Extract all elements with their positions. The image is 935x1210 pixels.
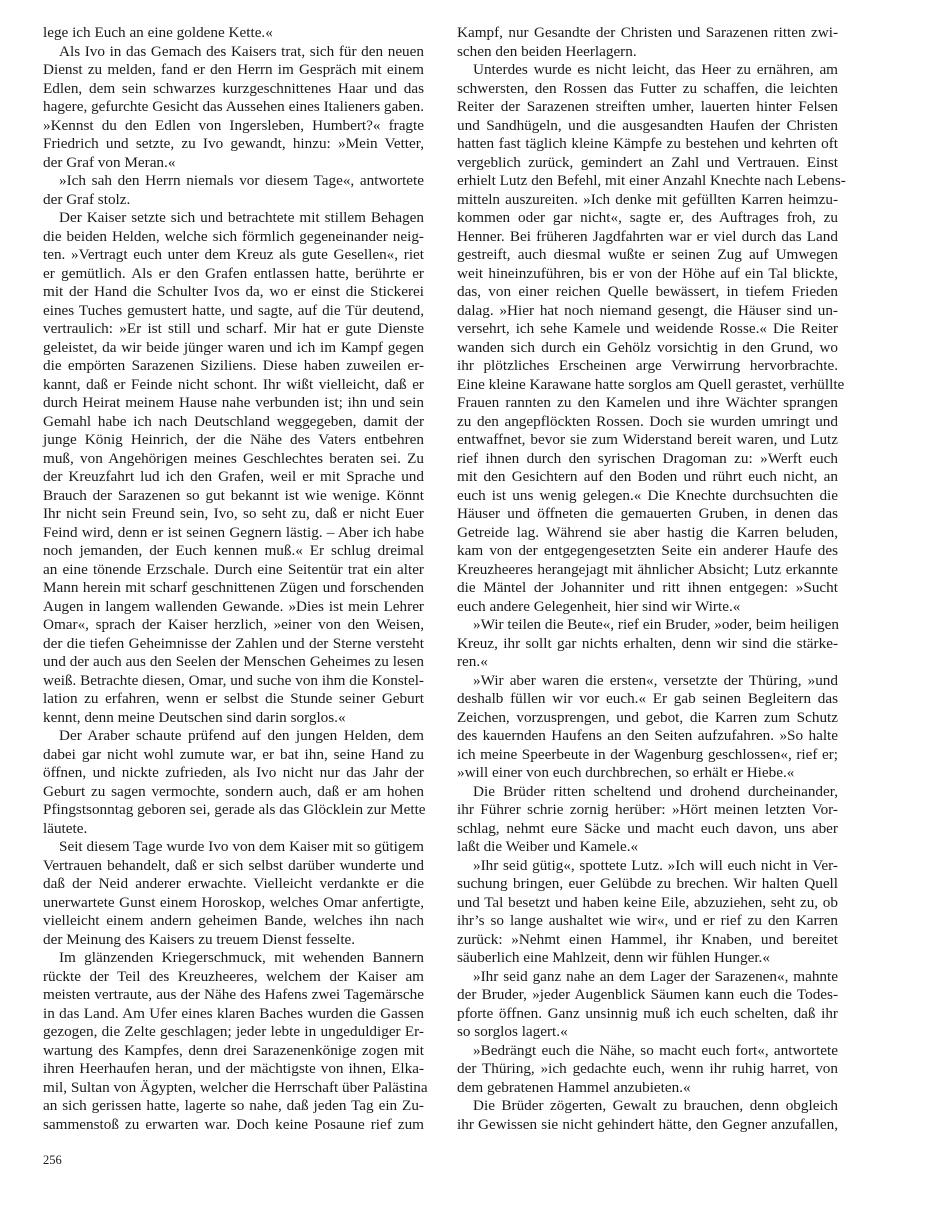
text-line: wartung des Kampfes, denn drei Sarazenen… <box>43 1042 424 1061</box>
text-line: an eine tönende Erzschale. Durch eine Se… <box>43 561 424 580</box>
text-line: des kauernden Haufens an den Seiten aufz… <box>457 727 838 746</box>
text-line: Augen in langem wallenden Gewande. »Dies… <box>43 598 424 617</box>
text-line: an sich gerissen hatte, lagerte so nahe,… <box>43 1097 424 1116</box>
text-line: deshalb füllen wir vor euch.« Er gab sei… <box>457 690 838 709</box>
text-line: der Bruder, »jeder Augenblick Säumen kan… <box>457 986 838 1005</box>
text-line: pforte öffnen. Ganz unsinnig muß ich euc… <box>457 1005 838 1024</box>
text-line: gestreift, auch diesmal wußte er seinen … <box>457 246 838 265</box>
text-line: kennt, denn meine Deutschen sind darin s… <box>43 709 424 728</box>
text-line: Mann herein mit scharf geschnittenen Züg… <box>43 579 424 598</box>
text-line: »will einer von euch durchbrechen, so er… <box>457 764 838 783</box>
text-line: Dienst zu melden, fand er den Herrn im G… <box>43 61 424 80</box>
text-line: Seit diesem Tage wurde Ivo von dem Kaise… <box>43 838 424 857</box>
text-line: vielleicht einem andern geheimen Bande, … <box>43 912 424 931</box>
text-line: Unterdes wurde es nicht leicht, das Heer… <box>457 61 838 80</box>
text-line: weiß. Betrachte diesen, Omar, und suche … <box>43 672 424 691</box>
text-line: läutete. <box>43 820 424 839</box>
text-line: ihr’s so lange aushaltet wie wir«, und e… <box>457 912 838 931</box>
text-line: ihr Gewissen sie nicht gehindert hätte, … <box>457 1116 838 1135</box>
text-line: und Sandhügeln, und die ausgesandten Hau… <box>457 117 838 136</box>
text-line: Friedrich und setzte, zu Ivo gewandt, hi… <box>43 135 424 154</box>
text-line: kannt, daß er Feinde nicht schont. Ihr w… <box>43 376 424 395</box>
text-line: das, von einer reichen Quelle bewässert,… <box>457 283 838 302</box>
text-line: versehrt, ich sehe Kamele und weidende R… <box>457 320 838 339</box>
text-line: Die Brüder ritten scheltend und drohend … <box>457 783 838 802</box>
text-line: sammenstoß zu erwarten war. Doch keine P… <box>43 1116 424 1135</box>
text-line: Henner. Bei früheren Jagdfahrten war er … <box>457 228 838 247</box>
text-line: in das Land. Am Ufer eines klaren Baches… <box>43 1005 424 1024</box>
text-line: der Graf von Meran.« <box>43 154 424 173</box>
text-line: ihren Heerhaufen heran, und der mächtigs… <box>43 1060 424 1079</box>
text-line: »Wir aber waren die ersten«, versetzte d… <box>457 672 838 691</box>
text-line: Gemahl habe ich nach Deutschland weggege… <box>43 413 424 432</box>
text-line: dem gebratenen Hammel anzubieten.« <box>457 1079 838 1098</box>
text-line: euch ist uns wenig gelegen.« Die Knechte… <box>457 487 838 506</box>
text-line: dabei gar nicht wohl zumute war, er bat … <box>43 746 424 765</box>
page-number: 256 <box>43 1152 62 1168</box>
text-line: euch andere Gelegenheit, hier sind wir W… <box>457 598 838 617</box>
text-line: öffnen, und nickte zufrieden, als Ivo ni… <box>43 764 424 783</box>
text-line: erhielt Lutz den Befehl, mit einer Anzah… <box>457 172 838 191</box>
text-line: weit hineinzuführen, bis er von der Höhe… <box>457 265 838 284</box>
text-line: daß der Neid anderer erwachte. Vielleich… <box>43 875 424 894</box>
text-line: der die tiefen Geheimnisse der Zahlen un… <box>43 635 424 654</box>
text-line: zurück: »Nehmt einen Hammel, ihr Knaben,… <box>457 931 838 950</box>
text-line: schwersten, den Rossen das Futter zu sch… <box>457 80 838 99</box>
text-line: Zeichen, vorzusprengen, und gebot, die K… <box>457 709 838 728</box>
text-line: Brauch der Sarazenen so gut bekannt ist … <box>43 487 424 506</box>
text-line: hatten fast täglich kleine Kämpfe zu bes… <box>457 135 838 154</box>
text-line: dalag. »Hier hat noch niemand gesengt, d… <box>457 302 838 321</box>
text-line: Häuser und öffneten die gemauerten Grube… <box>457 505 838 524</box>
text-line: vergeblich zurück, gemindert an Zahl und… <box>457 154 838 173</box>
text-line: Pfingstsonntag geboren sei, gerade als d… <box>43 801 424 820</box>
text-line: entwaffnet, bevor sie zum Widerstand ber… <box>457 431 838 450</box>
text-line: kam von der entgegengesetzten Seite ein … <box>457 542 838 561</box>
text-line: mit der Hand die Schulter Ivos da, wo er… <box>43 283 424 302</box>
text-line: gezogen, die Zelte geschlagen; jeder leb… <box>43 1023 424 1042</box>
text-line: »Ich sah den Herrn niemals vor diesem Ta… <box>43 172 424 191</box>
text-line: so sorglos lagert.« <box>457 1023 838 1042</box>
text-column-left: lege ich Euch an eine goldene Kette.«Als… <box>43 24 424 1134</box>
text-line: meisten vertraute, aus der Nähe des Hafe… <box>43 986 424 1005</box>
text-line: hagere, gefurchte Gesicht das Aussehen e… <box>43 98 424 117</box>
text-line: säuberlich eine Mahlzeit, denn wir fühle… <box>457 949 838 968</box>
text-line: vertraulich: »Er ist still und scharf. M… <box>43 320 424 339</box>
text-line: Eine kleine Karawane hatte sorglos am Qu… <box>457 376 838 395</box>
text-line: der Graf stolz. <box>43 191 424 210</box>
text-line: »Kennst du den Edlen von Ingersleben, Hu… <box>43 117 424 136</box>
text-line: schen den beiden Heerlagern. <box>457 43 838 62</box>
text-line: ren.« <box>457 653 838 672</box>
text-line: suchung bringen, euer Gelübde zu brechen… <box>457 875 838 894</box>
text-line: Ihr nicht sein Freund sein, Ivo, so seht… <box>43 505 424 524</box>
text-line: der Kreuzfahrt lud ich den Grafen, weil … <box>43 468 424 487</box>
book-page: lege ich Euch an eine goldene Kette.«Als… <box>0 0 935 1210</box>
text-line: Die Brüder zögerten, Gewalt zu brauchen,… <box>457 1097 838 1116</box>
text-line: schlag, nehmt eure Säcke und macht euch … <box>457 820 838 839</box>
text-line: rückte der Teil des Kreuzheeres, welchem… <box>43 968 424 987</box>
text-line: zu den angepflöckten Rossen. Doch sie wu… <box>457 413 838 432</box>
text-line: wanden sich durch ein Gehölz vorsichtig … <box>457 339 838 358</box>
text-line: »Ihr seid ganz nahe an dem Lager der Sar… <box>457 968 838 987</box>
text-line: Frauen rannten zu den Kamelen und ihre W… <box>457 394 838 413</box>
text-line: rief ihnen durch den syrischen Dragoman … <box>457 450 838 469</box>
text-line: er gemütlich. Als er den Grafen entlasse… <box>43 265 424 284</box>
text-line: Vertrauen behandelt, daß er sich selbst … <box>43 857 424 876</box>
text-line: junge König Heinrich, der die Nähe des V… <box>43 431 424 450</box>
text-line: und der auch aus den Seelen der Menschen… <box>43 653 424 672</box>
text-line: ihr plötzliches Erscheinen arge Verwirru… <box>457 357 838 376</box>
text-line: Getreide lag. Während sie aber hastig di… <box>457 524 838 543</box>
text-line: Kampf, nur Gesandte der Christen und Sar… <box>457 24 838 43</box>
text-line: Kreuz, ihr sollt gar nichts erhalten, de… <box>457 635 838 654</box>
text-line: der Thüring, »ich gedachte euch, wenn ih… <box>457 1060 838 1079</box>
text-line: die Mäntel der Johanniter und ritt ihnen… <box>457 579 838 598</box>
text-line: Edlen, dem sein schwarzes kurzgeschnitte… <box>43 80 424 99</box>
text-line: unerwartete Gunst einem Horoskop, welche… <box>43 894 424 913</box>
text-line: »Ihr seid gütig«, spottete Lutz. »Ich wi… <box>457 857 838 876</box>
text-line: laßt die Weiber und Kamele.« <box>457 838 838 857</box>
text-line: Feind wird, denn er ist seinen Gegnern l… <box>43 524 424 543</box>
text-line: Im glänzenden Kriegerschmuck, mit wehend… <box>43 949 424 968</box>
text-line: geleistet, da wir beide jünger waren und… <box>43 339 424 358</box>
text-line: Als Ivo in das Gemach des Kaisers trat, … <box>43 43 424 62</box>
text-line: mit den Gesichtern auf den Boden und rüh… <box>457 468 838 487</box>
text-line: Omar«, sprach der Kaiser herzlich, »eine… <box>43 616 424 635</box>
text-line: durch Heirat meinem Hause nahe verbunden… <box>43 394 424 413</box>
text-column-right: Kampf, nur Gesandte der Christen und Sar… <box>457 24 838 1134</box>
text-line: Der Araber schaute prüfend auf den junge… <box>43 727 424 746</box>
text-line: Reiter der Sarazenen streiften umher, la… <box>457 98 838 117</box>
text-line: mil, Sultan von Ägypten, welcher die Her… <box>43 1079 424 1098</box>
text-line: muß, von Angehörigen meines Geschlechtes… <box>43 450 424 469</box>
text-line: eines Tuches gemustert hatte, und sagte,… <box>43 302 424 321</box>
text-line: Kreuzheeres herangejagt mit ähnlicher Ab… <box>457 561 838 580</box>
text-line: noch jemanden, der Euch kennen muß.« Er … <box>43 542 424 561</box>
text-line: ten. »Vertragt euch unter dem Kreuz als … <box>43 246 424 265</box>
text-line: ich meine Speerbeute in der Wagenburg ge… <box>457 746 838 765</box>
text-line: der Meinung des Kaisers zu treuem Dienst… <box>43 931 424 950</box>
text-line: »Bedrängt euch die Nähe, so macht euch f… <box>457 1042 838 1061</box>
text-line: die beiden Helden, welche sich förmlich … <box>43 228 424 247</box>
text-line: lege ich Euch an eine goldene Kette.« <box>43 24 424 43</box>
text-line: Der Kaiser setzte sich und betrachtete m… <box>43 209 424 228</box>
text-line: ihr Führer schrie zornig herüber: »Hört … <box>457 801 838 820</box>
text-line: die empörten Sarazenen Siziliens. Diese … <box>43 357 424 376</box>
text-line: kommen oder gar nicht«, sagte er, des Au… <box>457 209 838 228</box>
text-line: Geburt zu sagen vermochte, sondern auch,… <box>43 783 424 802</box>
text-line: »Wir teilen die Beute«, rief ein Bruder,… <box>457 616 838 635</box>
text-line: und Tal besetzt und haben keine Eile, ab… <box>457 894 838 913</box>
text-line: lation zu erfahren, wenn er selbst die S… <box>43 690 424 709</box>
text-line: mitteln auszureiten. »Ich denke mit gefü… <box>457 191 838 210</box>
